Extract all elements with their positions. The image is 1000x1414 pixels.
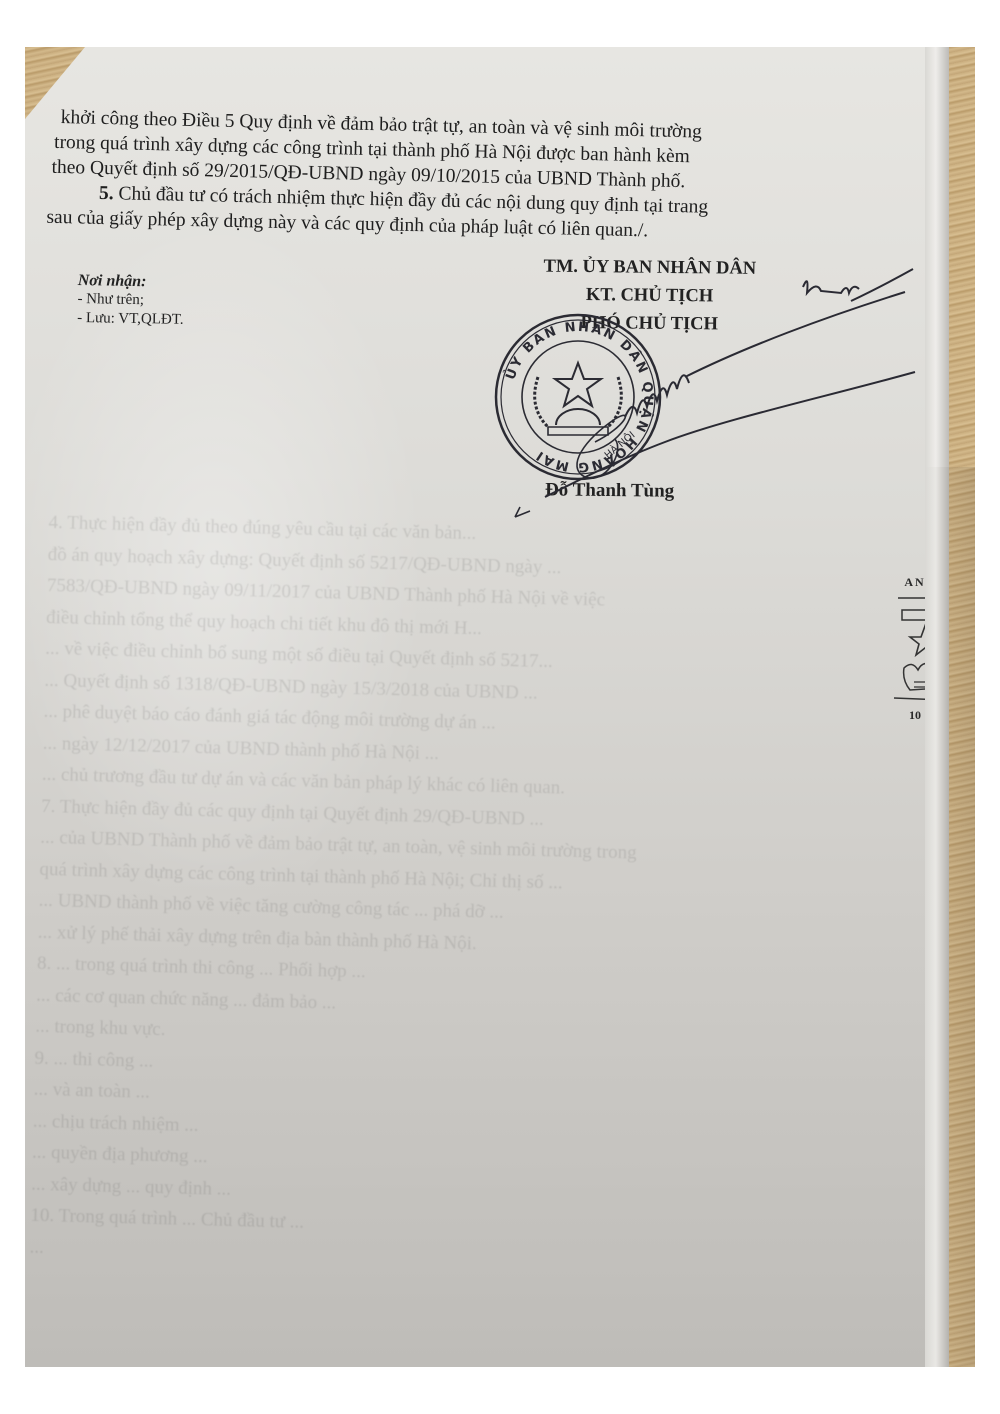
- recipients-block: Nơi nhận: - Như trên; - Lưu: VT,QLĐT.: [77, 271, 184, 330]
- shadow: [925, 467, 975, 1367]
- document-photo: 4. Thực hiện đầy đủ theo đúng yêu cầu tạ…: [25, 47, 975, 1367]
- recipients-title: Nơi nhận:: [78, 271, 185, 292]
- paper-sheet: 4. Thực hiện đầy đủ theo đúng yêu cầu tạ…: [25, 47, 925, 1367]
- reverse-side-bleed-through: 4. Thực hiện đầy đủ theo đúng yêu cầu tạ…: [29, 507, 645, 1278]
- item-number: 5.: [99, 183, 114, 204]
- recipient-item: - Như trên;: [77, 290, 184, 311]
- signer-name: Đỗ Thanh Tùng: [545, 479, 674, 502]
- signature-title-1: TM. ỦY BAN NHÂN DÂN: [485, 252, 815, 283]
- recipient-item: - Lưu: VT,QLĐT.: [77, 309, 184, 330]
- signature-title-3: PHÓ CHỦ TỊCH: [484, 308, 814, 339]
- signature-title-2: KT. CHỦ TỊCH: [484, 280, 814, 311]
- body-text: khởi công theo Điều 5 Quy định về đảm bả…: [58, 105, 710, 245]
- signature-block: TM. ỦY BAN NHÂN DÂN KT. CHỦ TỊCH PHÓ CHỦ…: [484, 252, 815, 339]
